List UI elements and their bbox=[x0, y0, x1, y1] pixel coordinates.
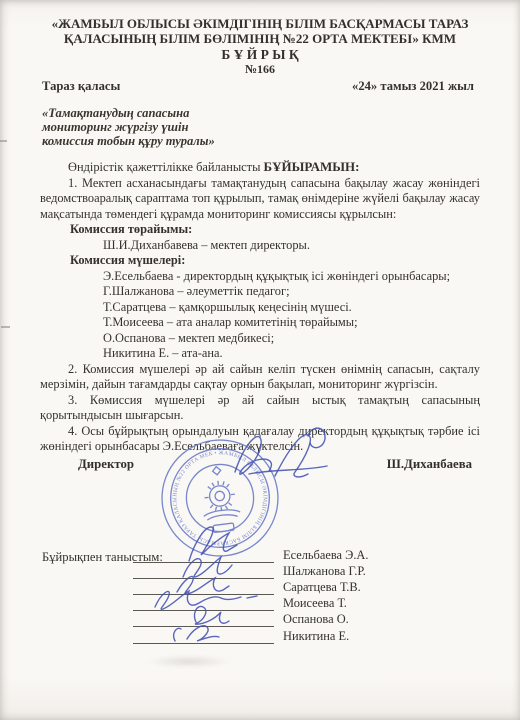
acknowledgement-row: Саратцева Т.В. bbox=[133, 579, 368, 595]
acknowledgement-row: Моисеева Т. bbox=[133, 595, 368, 611]
order-body: Өндірістік қажеттілікке байланысты БҰЙЫР… bbox=[40, 159, 480, 455]
acknowledgement-list: Есельбаева Э.А. Шалжанова Г.Р. Саратцева… bbox=[133, 547, 368, 644]
city-date-row: Тараз қаласы «24» тамыз 2021 жыл bbox=[0, 76, 520, 94]
document-type-title: Б Ұ Й Р Ы Қ bbox=[0, 47, 520, 62]
acknowledgement-row: Есельбаева Э.А. bbox=[133, 547, 368, 563]
subject-line: «Тамақтанудың сапасына bbox=[42, 107, 520, 121]
commission-member: Никитина Е. – ата-ана. bbox=[103, 346, 480, 362]
order-keyword: БҰЙЫРАМЫН: bbox=[264, 159, 360, 174]
pencil-smudge-artifact bbox=[146, 655, 232, 668]
order-point-1: 1. Мектеп асханасындағы тамақтанудың сап… bbox=[40, 176, 480, 223]
ack-name: Никитина Е. bbox=[283, 630, 349, 643]
ack-name: Саратцева Т.В. bbox=[283, 581, 361, 594]
acknowledgement-row: Шалжанова Г.Р. bbox=[133, 563, 368, 579]
commission-chair-entry: Ш.И.Диханбавева – мектеп директоры. bbox=[103, 238, 480, 254]
ack-name: Шалжанова Г.Р. bbox=[283, 565, 366, 578]
acknowledgement-row: Никитина Е. bbox=[133, 627, 368, 643]
director-name: Ш.Диханбаева bbox=[387, 457, 472, 472]
signature-line bbox=[133, 594, 274, 611]
city-label: Тараз қаласы bbox=[42, 79, 120, 94]
organization-name: «ЖАМБЫЛ ОБЛЫСЫ ӘКІМДІГІНІҢ БІЛІМ БАСҚАРМ… bbox=[0, 0, 520, 46]
signature-line bbox=[133, 562, 274, 579]
ack-name: Есельбаева Э.А. bbox=[283, 549, 368, 562]
commission-member: Г.Шалжанова – әлеуметтік педагог; bbox=[103, 284, 480, 300]
order-point-2: 2. Комиссия мүшелері әр ай сайын келіп т… bbox=[40, 362, 480, 393]
scan-edge-mark bbox=[1, 326, 10, 328]
subject-line: мониторинг жүргізу үшін bbox=[42, 121, 520, 135]
ack-name: Моисеева Т. bbox=[283, 597, 347, 610]
date-label: «24» тамыз 2021 жыл bbox=[352, 79, 474, 94]
order-point-3: 3. Көмиссия мүшелері әр ай сайын ыстық т… bbox=[40, 393, 480, 424]
commission-members-heading: Комиссия мүшелері: bbox=[70, 253, 480, 269]
commission-member: Т.Саратцева – қамқоршылық кеңесінің мүше… bbox=[103, 300, 480, 316]
signature-line bbox=[133, 610, 274, 627]
order-intro-text: Өндірістік қажеттілікке байланысты bbox=[68, 160, 264, 174]
director-label: Директор bbox=[78, 457, 134, 472]
subject-line: комиссия тобын құру туралы» bbox=[42, 135, 520, 149]
scan-edge-mark bbox=[0, 140, 7, 142]
acknowledgement-row: Оспанова О. bbox=[133, 611, 368, 627]
signature-line bbox=[133, 578, 274, 595]
commission-member: Т.Моисеева – ата аналар комитетінің төра… bbox=[103, 315, 480, 331]
director-handwritten-signature bbox=[225, 424, 335, 488]
commission-member: О.Оспанова – мектеп медбикесі; bbox=[103, 331, 480, 347]
order-statement: Өндірістік қажеттілікке байланысты БҰЙЫР… bbox=[40, 159, 480, 176]
commission-chair-heading: Комиссия төрайымы: bbox=[70, 222, 480, 238]
signature-line bbox=[133, 626, 274, 643]
order-subject: «Тамақтанудың сапасына мониторинг жүргіз… bbox=[42, 107, 520, 148]
commission-member: Э.Есельбаева - директордың құқықтық ісі … bbox=[103, 269, 480, 285]
signature-line bbox=[133, 546, 274, 563]
ack-name: Оспанова О. bbox=[283, 613, 349, 626]
document-number: №166 bbox=[0, 63, 520, 76]
scanned-order-document: «ЖАМБЫЛ ОБЛЫСЫ ӘКІМДІГІНІҢ БІЛІМ БАСҚАРМ… bbox=[0, 0, 520, 720]
